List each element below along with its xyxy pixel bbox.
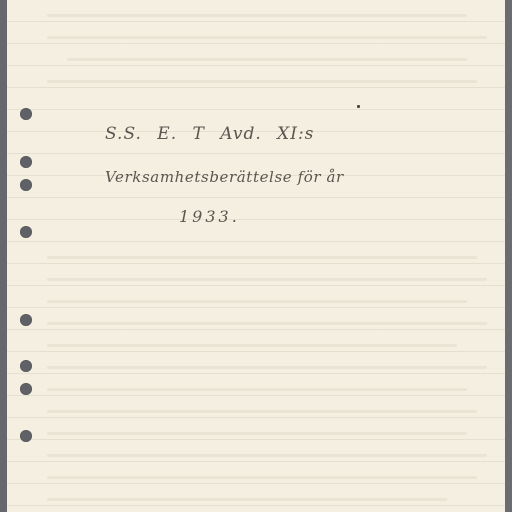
punch-hole — [20, 179, 32, 191]
punch-hole — [20, 360, 32, 372]
bleed-through-line — [47, 80, 477, 83]
heading-organization: S.S. E. T Avd. XI:s — [105, 124, 314, 144]
scan-border-right — [505, 0, 512, 512]
bleed-through-line — [47, 366, 487, 369]
punch-hole — [20, 226, 32, 238]
punch-hole — [20, 430, 32, 442]
bleed-through-line — [47, 322, 487, 325]
scan-border-left — [0, 0, 7, 512]
bleed-through-line — [47, 256, 477, 259]
punch-hole — [20, 156, 32, 168]
bleed-through-line — [47, 388, 467, 391]
bleed-through-line — [47, 344, 457, 347]
bleed-through-line — [47, 432, 467, 435]
punch-hole — [20, 314, 32, 326]
notebook-page: S.S. E. T Avd. XI:s Verksamhetsberättels… — [7, 0, 505, 512]
bleed-through-line — [47, 476, 477, 479]
bleed-through-line — [47, 454, 487, 457]
punch-hole — [20, 383, 32, 395]
bleed-through-line — [47, 14, 467, 17]
bleed-through-line — [47, 498, 447, 501]
bleed-through-line — [47, 300, 467, 303]
heading-report-title: Verksamhetsberättelse för år — [105, 168, 344, 186]
heading-year: 1933. — [179, 207, 240, 226]
punch-hole — [20, 108, 32, 120]
bleed-through-line — [47, 410, 477, 413]
ink-speck — [357, 105, 360, 108]
bleed-through-line — [47, 36, 487, 39]
bleed-through-line — [67, 58, 467, 61]
bleed-through-line — [47, 278, 487, 281]
